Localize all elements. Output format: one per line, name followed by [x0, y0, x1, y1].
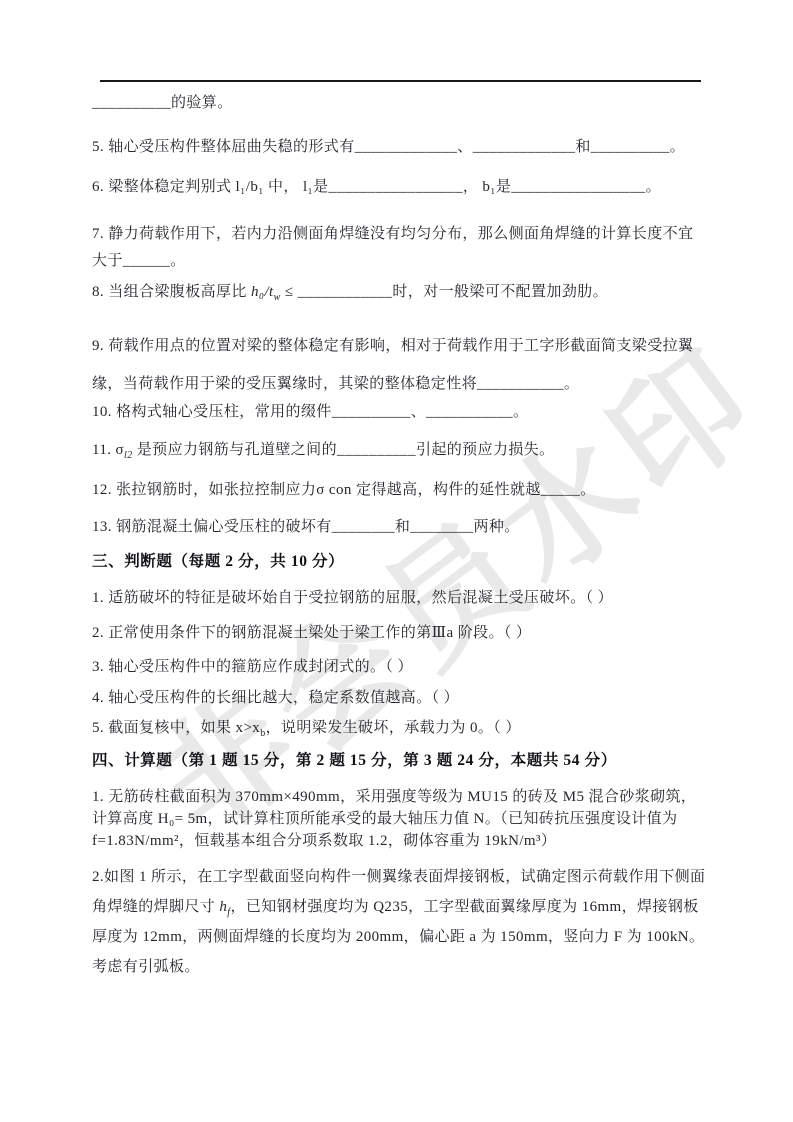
judge-question-3: 3. 轴心受压构件中的箍筋应作成封闭式的。（ ） [92, 657, 712, 677]
fill-question-7: 7. 静力荷载作用下，若内力沿侧面角焊缝没有均匀分布，那么侧面角焊缝的计算长度不… [92, 221, 712, 275]
question-line: 7. 静力荷载作用下，若内力沿侧面角焊缝没有均匀分布，那么侧面角焊缝的计算长度不… [92, 221, 712, 248]
fill-question-13: 13. 钢筋混凝土偏心受压柱的破坏有________和________两种。 [92, 517, 712, 537]
judge-question-1: 1. 适筋破坏的特征是破坏始自于受拉钢筋的屈服，然后混凝土受压破坏。（ ） [92, 588, 712, 608]
question-text: ，说明梁发生破坏，承载力为 0。（ ） [266, 720, 521, 736]
question-line: 计算高度 H₀= 5m，试计算柱顶所能承受的最大轴压力值 N。（已知砖抗压强度设… [92, 808, 712, 830]
calculation-heading: 四、计算题（第 1 题 15 分，第 2 题 15 分，第 3 题 24 分，本… [92, 751, 712, 771]
fill-question-6: 6. 梁整体稳定判别式 l₁/b₁ 中， l₁是________________… [92, 177, 712, 197]
question-text: 角焊缝的焊脚尺寸 [92, 899, 219, 915]
question-text: 是预应力钢筋与孔道壁之间的__________引起的预应力损失。 [133, 442, 555, 458]
fill-question-4-tail: __________的验算。 [92, 93, 712, 113]
judge-question-4: 4. 轴心受压构件的长细比越大，稳定系数值越高。（ ） [92, 688, 712, 708]
question-line: 考虑有引弧板。 [92, 952, 712, 982]
question-line: 大于______。 [92, 248, 712, 275]
exam-page: 非会员水印 __________的验算。 5. 轴心受压构件整体屈曲失稳的形式有… [0, 0, 793, 1122]
fill-question-11: 11. σl2 是预应力钢筋与孔道壁之间的__________引起的预应力损失。 [92, 440, 712, 460]
question-text: 5. 截面复核中，如果 x>x [92, 720, 260, 736]
fill-question-5: 5. 轴心受压构件整体屈曲失稳的形式有_____________、_______… [92, 137, 712, 157]
formula-subscript-l2: l2 [124, 450, 133, 461]
calc-question-2: 2.如图 1 所示，在工字型截面竖向构件一侧翼缘表面焊接钢板，试确定图示荷载作用… [92, 862, 712, 982]
question-line: 1. 无筋砖柱截面积为 370mm×490mm，采用强度等级为 MU15 的砖及… [92, 786, 712, 808]
question-line: 角焊缝的焊脚尺寸 hf，已知钢材强度均为 Q235，工字型截面翼缘厚度为 16m… [92, 892, 712, 922]
fill-question-9: 9. 荷载作用点的位置对梁的整体稳定有影响，相对于荷载作用于工字形截面简支梁受拉… [92, 327, 712, 403]
judge-question-2: 2. 正常使用条件下的钢筋混凝土梁处于梁工作的第Ⅲa 阶段。（ ） [92, 623, 712, 643]
fill-question-10: 10. 格构式轴心受压柱，常用的缀件__________、___________… [92, 402, 712, 422]
question-text: 8. 当组合梁腹板高厚比 [92, 284, 251, 300]
fill-question-8: 8. 当组合梁腹板高厚比 h₀/tw ≤ ____________时，对一般梁可… [92, 282, 712, 302]
question-line: 厚度为 12mm，两侧面焊缝的长度均为 200mm，偏心距 a 为 150mm，… [92, 922, 712, 952]
question-text: 11. σ [92, 442, 124, 458]
question-text: ≤ ____________时，对一般梁可不配置加劲肋。 [281, 284, 608, 300]
fill-question-12: 12. 张拉钢筋时，如张拉控制应力σ con 定得越高，构件的延性就越_____… [92, 480, 712, 500]
true-false-heading: 三、判断题（每题 2 分，共 10 分） [92, 552, 712, 572]
calc-question-1: 1. 无筋砖柱截面积为 370mm×490mm，采用强度等级为 MU15 的砖及… [92, 786, 712, 852]
question-text: ，已知钢材强度均为 Q235，工字型截面翼缘厚度为 16mm，焊接钢板 [230, 899, 698, 915]
question-line: 2.如图 1 所示，在工字型截面竖向构件一侧翼缘表面焊接钢板，试确定图示荷载作用… [92, 862, 712, 892]
question-line: f=1.83N/mm²，恒载基本组合分项系数取 1.2，砌体容重为 19kN/m… [92, 830, 712, 852]
question-line: 9. 荷载作用点的位置对梁的整体稳定有影响，相对于荷载作用于工字形截面简支梁受拉… [92, 327, 712, 365]
question-line: 缘，当荷载作用于梁的受压翼缘时，其梁的整体稳定性将___________。 [92, 365, 712, 403]
formula-h0-tw: h₀/t [251, 284, 274, 300]
formula-subscript: w [274, 292, 281, 303]
top-rule [100, 80, 701, 82]
judge-question-5: 5. 截面复核中，如果 x>xb，说明梁发生破坏，承载力为 0。（ ） [92, 718, 712, 738]
